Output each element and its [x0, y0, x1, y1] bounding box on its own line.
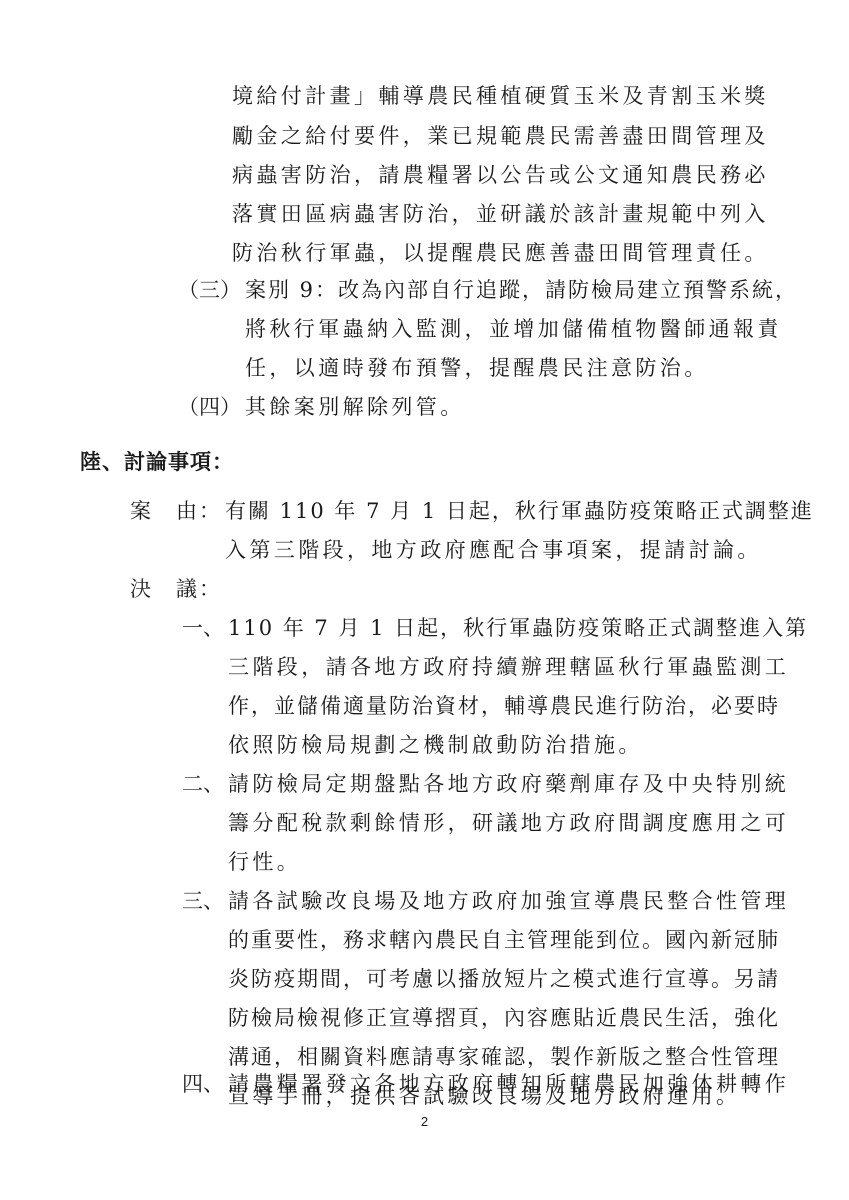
paragraph-line: 炎防疫期間，可考慮以播放短片之模式進行宣導。另請: [228, 965, 780, 993]
paragraph-line: 勵金之給付要件，業已規範農民需善盡田間管理及: [232, 122, 769, 150]
paragraph-line: 110 年 7 月 1 日起，秋行軍蟲防疫策略正式調整進入第: [228, 614, 808, 642]
paragraph-line: 防治秋行軍蟲，以提醒農民應善盡田間管理責任。: [232, 239, 769, 267]
case-label: 案 由：: [130, 497, 222, 525]
paragraph-line: 溝通，相關資料應請專家確認，製作新版之整合性管理: [228, 1043, 780, 1071]
paragraph-line: 請各試驗改良場及地方政府加強宣導農民整合性管理: [228, 887, 789, 915]
paragraph-line: 將秋行軍蟲納入監測，並增加儲備植物醫師通報責: [245, 315, 782, 343]
paragraph-line: 三階段，請各地方政府持續辦理轄區秋行軍蟲監測工: [228, 653, 789, 681]
paragraph-line: 病蟲害防治，請農糧署以公告或公文通知農民務必: [232, 161, 769, 189]
paragraph-line: 籌分配稅款剩餘情形，研議地方政府間調度應用之可: [228, 809, 789, 837]
paragraph-line: 作，並儲備適量防治資材，輔導農民進行防治，必要時: [228, 692, 780, 720]
paragraph-line: 行性。: [228, 848, 301, 876]
paragraph-line: 落實田區病蟲害防治，並研議於該計畫規範中列入: [232, 200, 769, 228]
paragraph-line: 請農糧署發文各地方政府轉知所轄農民加強休耕轉作: [228, 1070, 789, 1098]
section-heading: 陸、討論事項：: [80, 448, 234, 476]
item-marker: （三）: [178, 276, 241, 304]
page-number: 2: [0, 1114, 849, 1129]
paragraph-line: 依照防檢局規劃之機制啟動防治措施。: [228, 731, 643, 759]
paragraph-line: 任，以適時發布預警，提醒農民注意防治。: [245, 354, 709, 382]
item-marker: 一、: [182, 614, 224, 642]
paragraph-line: 入第三階段，地方政府應配合事項案，提請討論。: [225, 536, 762, 564]
item-marker: 二、: [182, 770, 224, 798]
paragraph-line: 請防檢局定期盤點各地方政府藥劑庫存及中央特別統: [228, 770, 789, 798]
paragraph-line: 境給付計畫」輔導農民種植硬質玉米及青割玉米獎: [232, 82, 769, 110]
item-marker: （四）: [178, 393, 241, 421]
paragraph-line: 案別 9：改為內部自行追蹤，請防檢局建立預警系統，: [245, 276, 798, 304]
paragraph-line: 其餘案別解除列管。: [245, 393, 465, 421]
document-page: 境給付計畫」輔導農民種植硬質玉米及青割玉米獎 勵金之給付要件，業已規範農民需善盡…: [0, 0, 849, 1200]
item-marker: 四、: [182, 1070, 224, 1098]
resolution-label: 決 議：: [130, 575, 222, 603]
paragraph-line: 有關 110 年 7 月 1 日起，秋行軍蟲防疫策略正式調整進: [225, 497, 814, 525]
item-marker: 三、: [182, 887, 224, 915]
paragraph-line: 防檢局檢視修正宣導摺頁，內容應貼近農民生活，強化: [228, 1004, 780, 1032]
paragraph-line: 的重要性，務求轄內農民自主管理能到位。國內新冠肺: [228, 926, 780, 954]
